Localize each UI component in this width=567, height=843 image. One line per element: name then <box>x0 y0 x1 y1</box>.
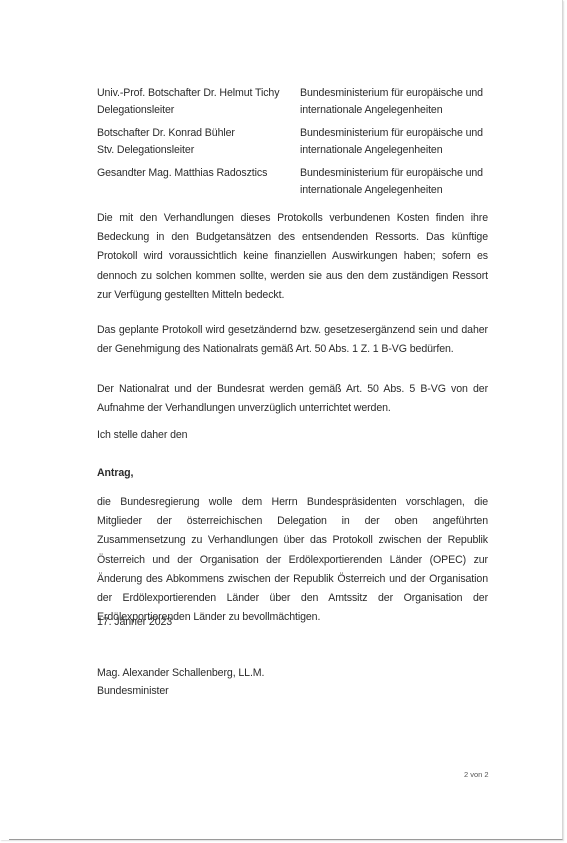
delegate-ministry: Bundesministerium für europäische und in… <box>300 125 492 159</box>
signatory-name: Mag. Alexander Schallenberg, LL.M. <box>97 665 488 683</box>
intro-line: Ich stelle daher den <box>97 426 488 445</box>
ministry-line-2: internationale Angelegenheiten <box>300 102 492 119</box>
motion-paragraph: die Bundesregierung wolle dem Herrn Bund… <box>97 493 488 627</box>
delegate-person: Gesandter Mag. Matthias Radosztics <box>97 165 300 199</box>
document-page: Univ.-Prof. Botschafter Dr. Helmut Tichy… <box>0 0 563 840</box>
delegation-table: Univ.-Prof. Botschafter Dr. Helmut Tichy… <box>97 85 492 205</box>
delegate-name: Univ.-Prof. Botschafter Dr. Helmut Tichy <box>97 85 300 102</box>
delegate-ministry: Bundesministerium für europäische und in… <box>300 165 492 199</box>
delegate-person: Univ.-Prof. Botschafter Dr. Helmut Tichy… <box>97 85 300 119</box>
delegate-name: Gesandter Mag. Matthias Radosztics <box>97 165 300 182</box>
delegation-row: Botschafter Dr. Konrad Bühler Stv. Deleg… <box>97 125 492 159</box>
ministry-line-1: Bundesministerium für europäische und <box>300 165 492 182</box>
page-indicator: 2 von 2 <box>464 770 489 779</box>
delegation-row: Gesandter Mag. Matthias Radosztics Bunde… <box>97 165 492 199</box>
delegate-person: Botschafter Dr. Konrad Bühler Stv. Deleg… <box>97 125 300 159</box>
document-date: 17. Jänner 2023 <box>97 613 488 632</box>
page-edge <box>0 838 9 840</box>
motion-heading: Antrag, <box>97 464 488 483</box>
ministry-line-1: Bundesministerium für europäische und <box>300 125 492 142</box>
delegate-name: Botschafter Dr. Konrad Bühler <box>97 125 300 142</box>
approval-paragraph: Das geplante Protokoll wird gesetzändern… <box>97 321 488 359</box>
delegate-role: Delegationsleiter <box>97 102 300 119</box>
ministry-line-2: internationale Angelegenheiten <box>300 182 492 199</box>
signature-block: Mag. Alexander Schallenberg, LL.M. Bunde… <box>97 665 488 700</box>
delegation-row: Univ.-Prof. Botschafter Dr. Helmut Tichy… <box>97 85 492 119</box>
signatory-title: Bundesminister <box>97 683 488 701</box>
notification-paragraph: Der Nationalrat und der Bundesrat werden… <box>97 380 488 418</box>
ministry-line-1: Bundesministerium für europäische und <box>300 85 492 102</box>
costs-paragraph: Die mit den Verhandlungen dieses Protoko… <box>97 209 488 305</box>
delegate-role: Stv. Delegationsleiter <box>97 142 300 159</box>
delegate-ministry: Bundesministerium für europäische und in… <box>300 85 492 119</box>
ministry-line-2: internationale Angelegenheiten <box>300 142 492 159</box>
